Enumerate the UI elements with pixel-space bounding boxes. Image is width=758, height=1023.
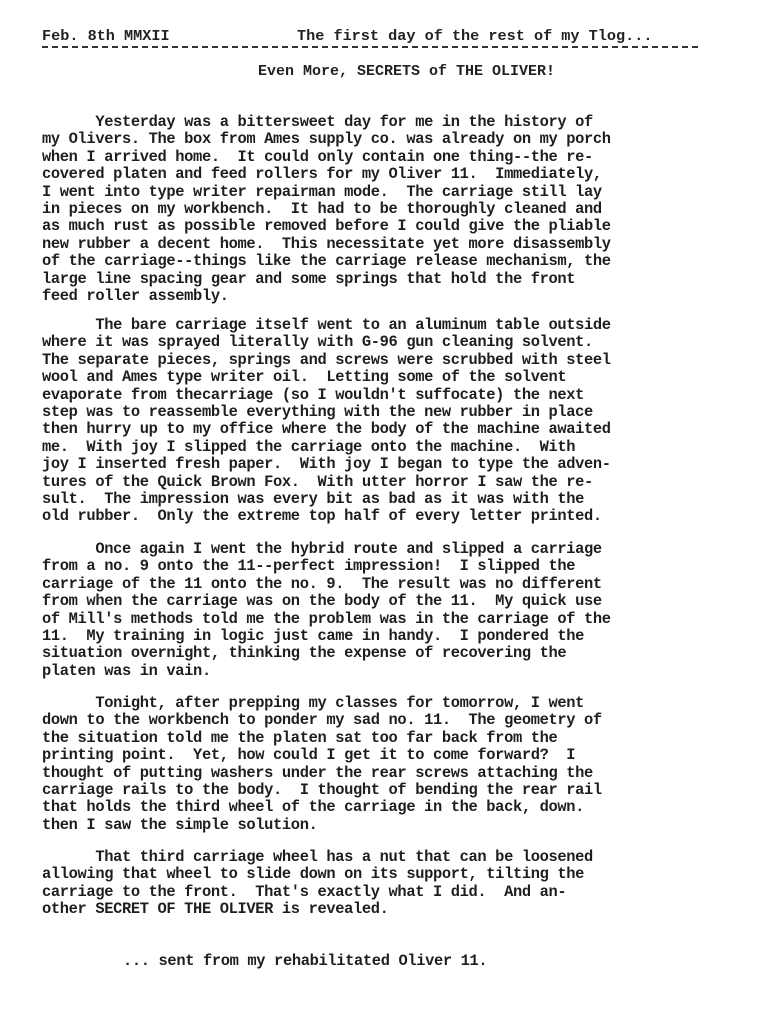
paragraph-3: Once again I went the hybrid route and s… bbox=[42, 541, 722, 680]
header-date: Feb. 8th MMXII bbox=[42, 26, 170, 46]
page-header: Feb. 8th MMXII The first day of the rest… bbox=[42, 26, 698, 48]
paragraph-5: That third carriage wheel has a nut that… bbox=[42, 849, 722, 919]
paragraph-2: The bare carriage itself went to an alum… bbox=[42, 317, 722, 526]
paragraph-4: Tonight, after prepping my classes for t… bbox=[42, 695, 722, 834]
document-title: Even More, SECRETS of THE OLIVER! bbox=[258, 62, 555, 82]
header-tlog-title: The first day of the rest of my Tlog... bbox=[297, 26, 652, 46]
typewritten-page: Feb. 8th MMXII The first day of the rest… bbox=[0, 0, 758, 1023]
signoff-line: ... sent from my rehabilitated Oliver 11… bbox=[123, 952, 487, 970]
paragraph-1: Yesterday was a bittersweet day for me i… bbox=[42, 114, 722, 305]
